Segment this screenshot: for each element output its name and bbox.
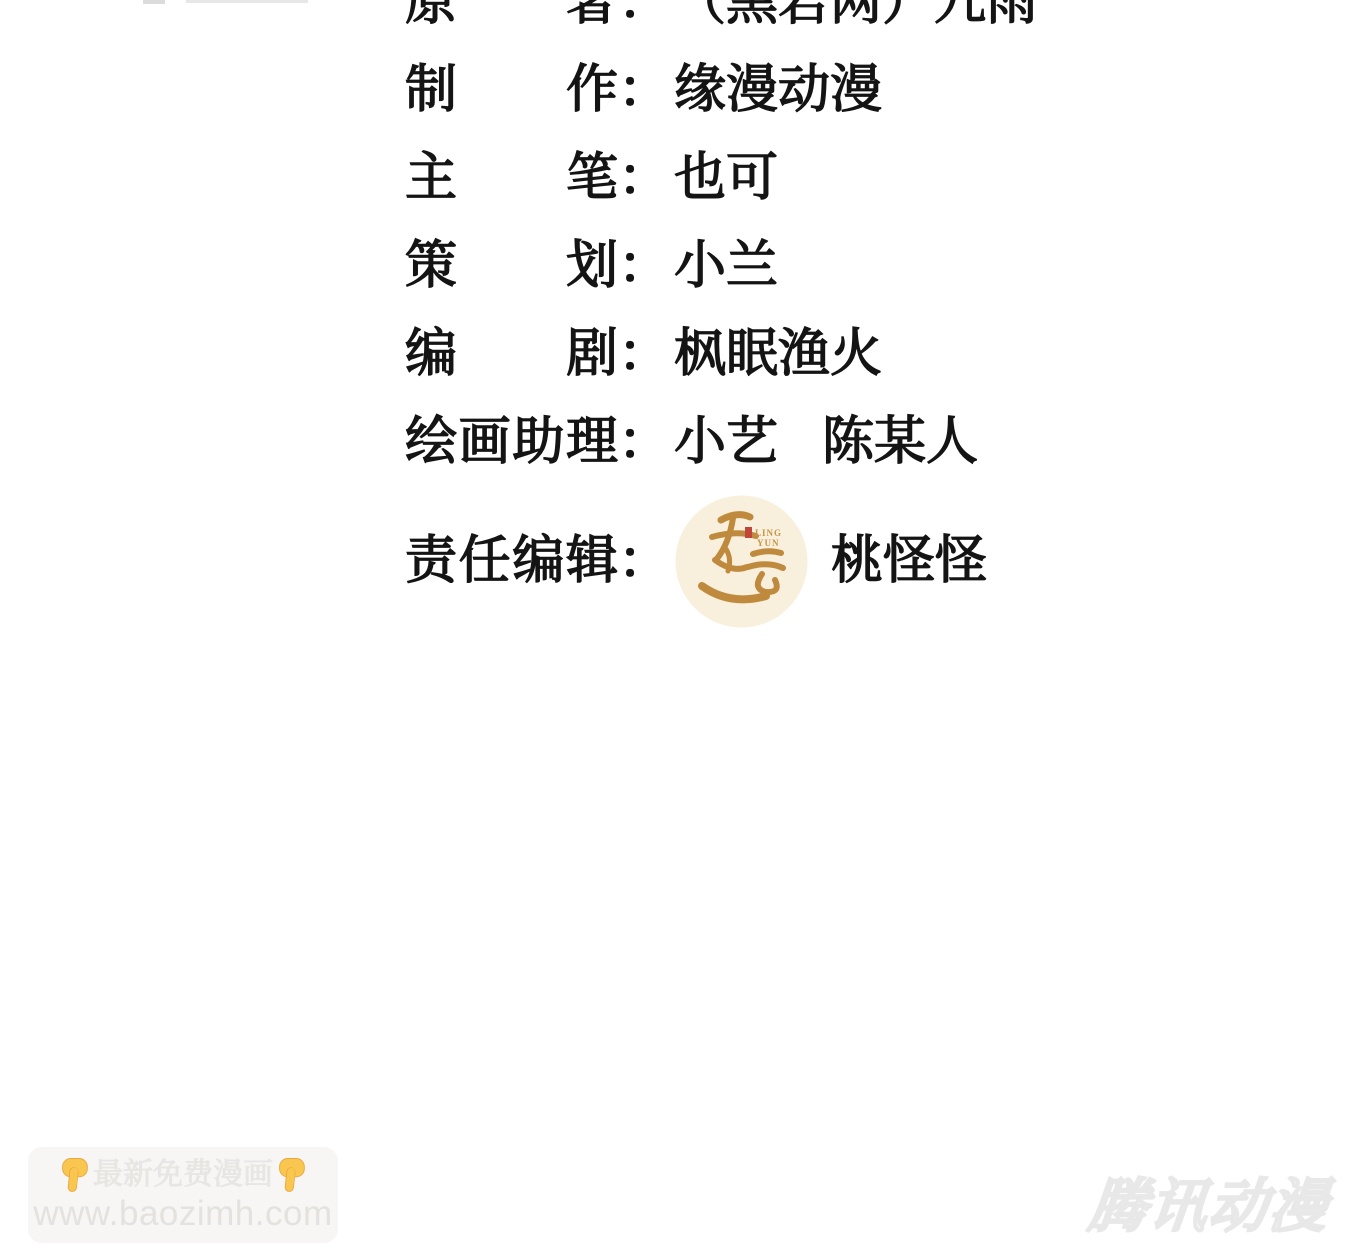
credit-value: 枫眠渔火: [674, 328, 882, 380]
logo-latin-bottom: YUN: [757, 538, 780, 548]
credits-block: 原著 ： （黑岩网）九雨 制作 ： 缘漫动漫 主笔 ： 也可 策划 ： 小兰 编…: [405, 0, 1205, 636]
credit-row-planning: 策划 ： 小兰: [405, 222, 1205, 310]
logo-latin-top: LING: [755, 528, 782, 538]
credit-colon: ：: [618, 240, 668, 292]
credit-colon: ：: [618, 416, 668, 468]
pointing-down-hand-icon: [58, 1156, 91, 1194]
credit-value: 小艺: [674, 416, 778, 468]
credit-label: 责任编辑: [405, 535, 618, 587]
credit-value: 也可: [674, 152, 778, 204]
credit-label: 策划: [405, 240, 618, 292]
baozimh-slogan: 最新免费漫画: [93, 1160, 273, 1190]
pointing-down-hand-icon: [275, 1156, 308, 1194]
credit-row-art-assistants: 绘画助理 ： 小艺 陈某人: [405, 398, 1205, 486]
credit-value: 陈某人: [822, 416, 978, 468]
credit-label: 主笔: [405, 152, 618, 204]
credit-row-production: 制作 ： 缘漫动漫: [405, 46, 1205, 134]
credit-row-screenwriter: 编剧 ： 枫眠渔火: [405, 310, 1205, 398]
credit-label: 原著: [405, 0, 618, 28]
credit-row-lead-artist: 主笔 ： 也可: [405, 134, 1205, 222]
credit-colon: ：: [618, 0, 668, 28]
credit-colon: ：: [618, 535, 668, 587]
seal-icon: [745, 527, 752, 538]
lingyun-studio-logo-icon: LING YUN: [674, 494, 809, 629]
credit-colon: ：: [618, 328, 668, 380]
tencent-comics-logo-watermark: 腾讯动漫: [1086, 1178, 1332, 1236]
credit-label: 编剧: [405, 328, 618, 380]
baozimh-watermark-badge: 最新免费漫画 www.baozimh.com: [28, 1147, 338, 1243]
credit-label: 制作: [405, 64, 618, 116]
credit-label: 绘画助理: [405, 416, 618, 468]
baozimh-watermark-line1: 最新免费漫画: [58, 1156, 308, 1194]
credit-value: 小兰: [674, 240, 778, 292]
cropped-panel-fragment: [186, 0, 308, 3]
credit-row-responsible-editor: 责任编辑 ： L: [405, 486, 1205, 636]
credit-value: （黑岩网）九雨: [674, 0, 1038, 28]
credit-row-original-author: 原著 ： （黑岩网）九雨: [405, 0, 1205, 46]
credit-colon: ：: [618, 152, 668, 204]
credit-colon: ：: [618, 64, 668, 116]
baozimh-url: www.baozimh.com: [33, 1194, 332, 1234]
credit-value: 缘漫动漫: [674, 64, 882, 116]
credit-value: 桃怪怪: [831, 535, 987, 587]
cropped-panel-fragment: [143, 0, 165, 4]
